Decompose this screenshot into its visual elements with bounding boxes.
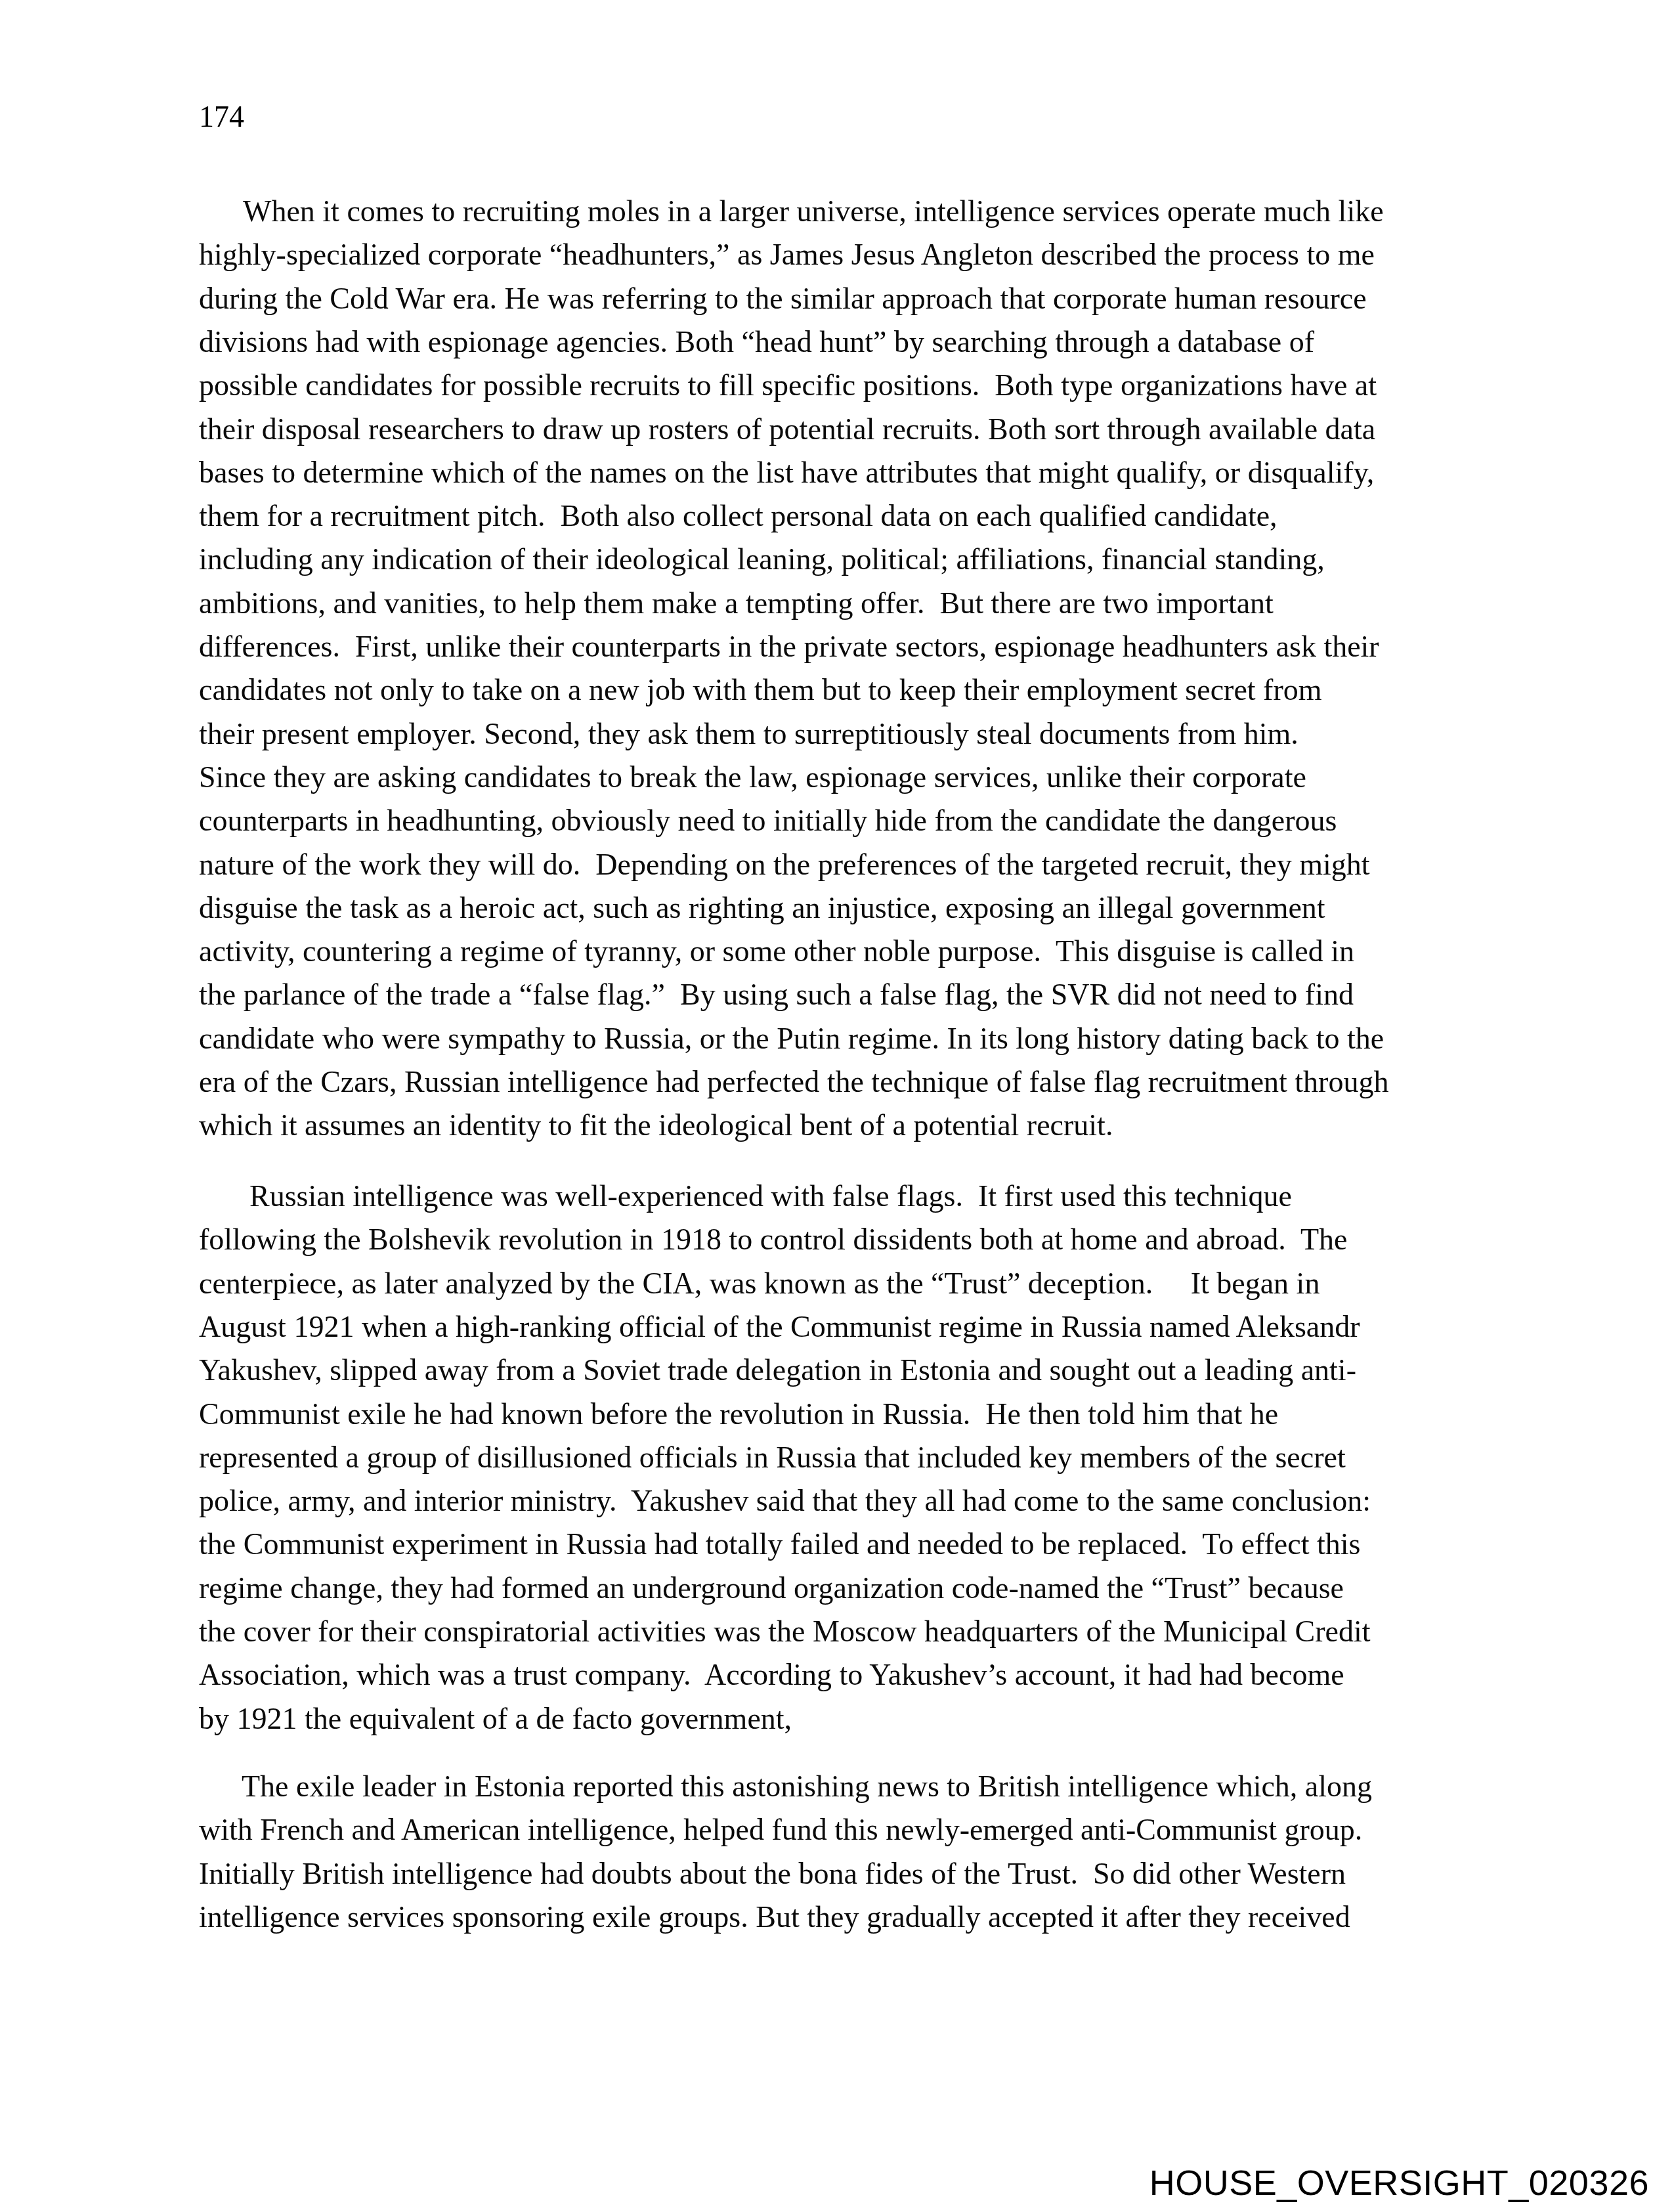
text-line: regime change, they had formed an underg… <box>199 1573 1344 1603</box>
text-line: represented a group of disillusioned off… <box>199 1442 1346 1473</box>
text-line: disguise the task as a heroic act, such … <box>199 893 1325 923</box>
text-line: divisions had with espionage agencies. B… <box>199 327 1314 357</box>
text-line: Russian intelligence was well-experience… <box>249 1181 1292 1211</box>
text-line: nature of the work they will do. Dependi… <box>199 850 1370 880</box>
text-line: The exile leader in Estonia reported thi… <box>242 1771 1372 1802</box>
page-number: 174 <box>199 102 244 132</box>
text-line: August 1921 when a high-ranking official… <box>199 1312 1360 1342</box>
text-line: their disposal researchers to draw up ro… <box>199 414 1375 445</box>
text-line: following the Bolshevik revolution in 19… <box>199 1225 1347 1255</box>
text-line: Communist exile he had known before the … <box>199 1399 1278 1429</box>
text-line: bases to determine which of the names on… <box>199 458 1374 488</box>
text-line: candidate who were sympathy to Russia, o… <box>199 1024 1384 1054</box>
text-line: them for a recruitment pitch. Both also … <box>199 501 1277 531</box>
text-line: Since they are asking candidates to brea… <box>199 762 1306 792</box>
text-line: counterparts in headhunting, obviously n… <box>199 806 1337 836</box>
bates-stamp: HOUSE_OVERSIGHT_020326 <box>1149 2165 1649 2201</box>
text-line: Yakushev, slipped away from a Soviet tra… <box>199 1355 1356 1385</box>
text-line: intelligence services sponsoring exile g… <box>199 1902 1350 1932</box>
text-line: Association, which was a trust company. … <box>199 1660 1344 1690</box>
text-line: candidates not only to take on a new job… <box>199 675 1322 705</box>
text-line: the cover for their conspiratorial activ… <box>199 1616 1370 1647</box>
text-line: with French and American intelligence, h… <box>199 1815 1362 1845</box>
text-line: era of the Czars, Russian intelligence h… <box>199 1067 1388 1097</box>
text-line: during the Cold War era. He was referrin… <box>199 284 1367 314</box>
text-line: highly-specialized corporate “headhunter… <box>199 240 1375 270</box>
text-line: ambitions, and vanities, to help them ma… <box>199 588 1274 618</box>
text-line: the Communist experiment in Russia had t… <box>199 1529 1360 1559</box>
text-line: centerpiece, as later analyzed by the CI… <box>199 1269 1320 1299</box>
text-line: When it comes to recruiting moles in a l… <box>243 196 1384 227</box>
document-page: 174 When it comes to recruiting moles in… <box>0 0 1674 2212</box>
text-line: by 1921 the equivalent of a de facto gov… <box>199 1704 792 1734</box>
text-line: Initially British intelligence had doubt… <box>199 1859 1346 1889</box>
text-line: their present employer. Second, they ask… <box>199 719 1298 749</box>
text-line: differences. First, unlike their counter… <box>199 632 1379 662</box>
text-line: including any indication of their ideolo… <box>199 544 1325 575</box>
text-line: police, army, and interior ministry. Yak… <box>199 1486 1371 1516</box>
text-line: possible candidates for possible recruit… <box>199 370 1377 401</box>
text-line: the parlance of the trade a “false flag.… <box>199 980 1354 1010</box>
text-line: activity, countering a regime of tyranny… <box>199 936 1354 966</box>
text-line: which it assumes an identity to fit the … <box>199 1110 1113 1140</box>
